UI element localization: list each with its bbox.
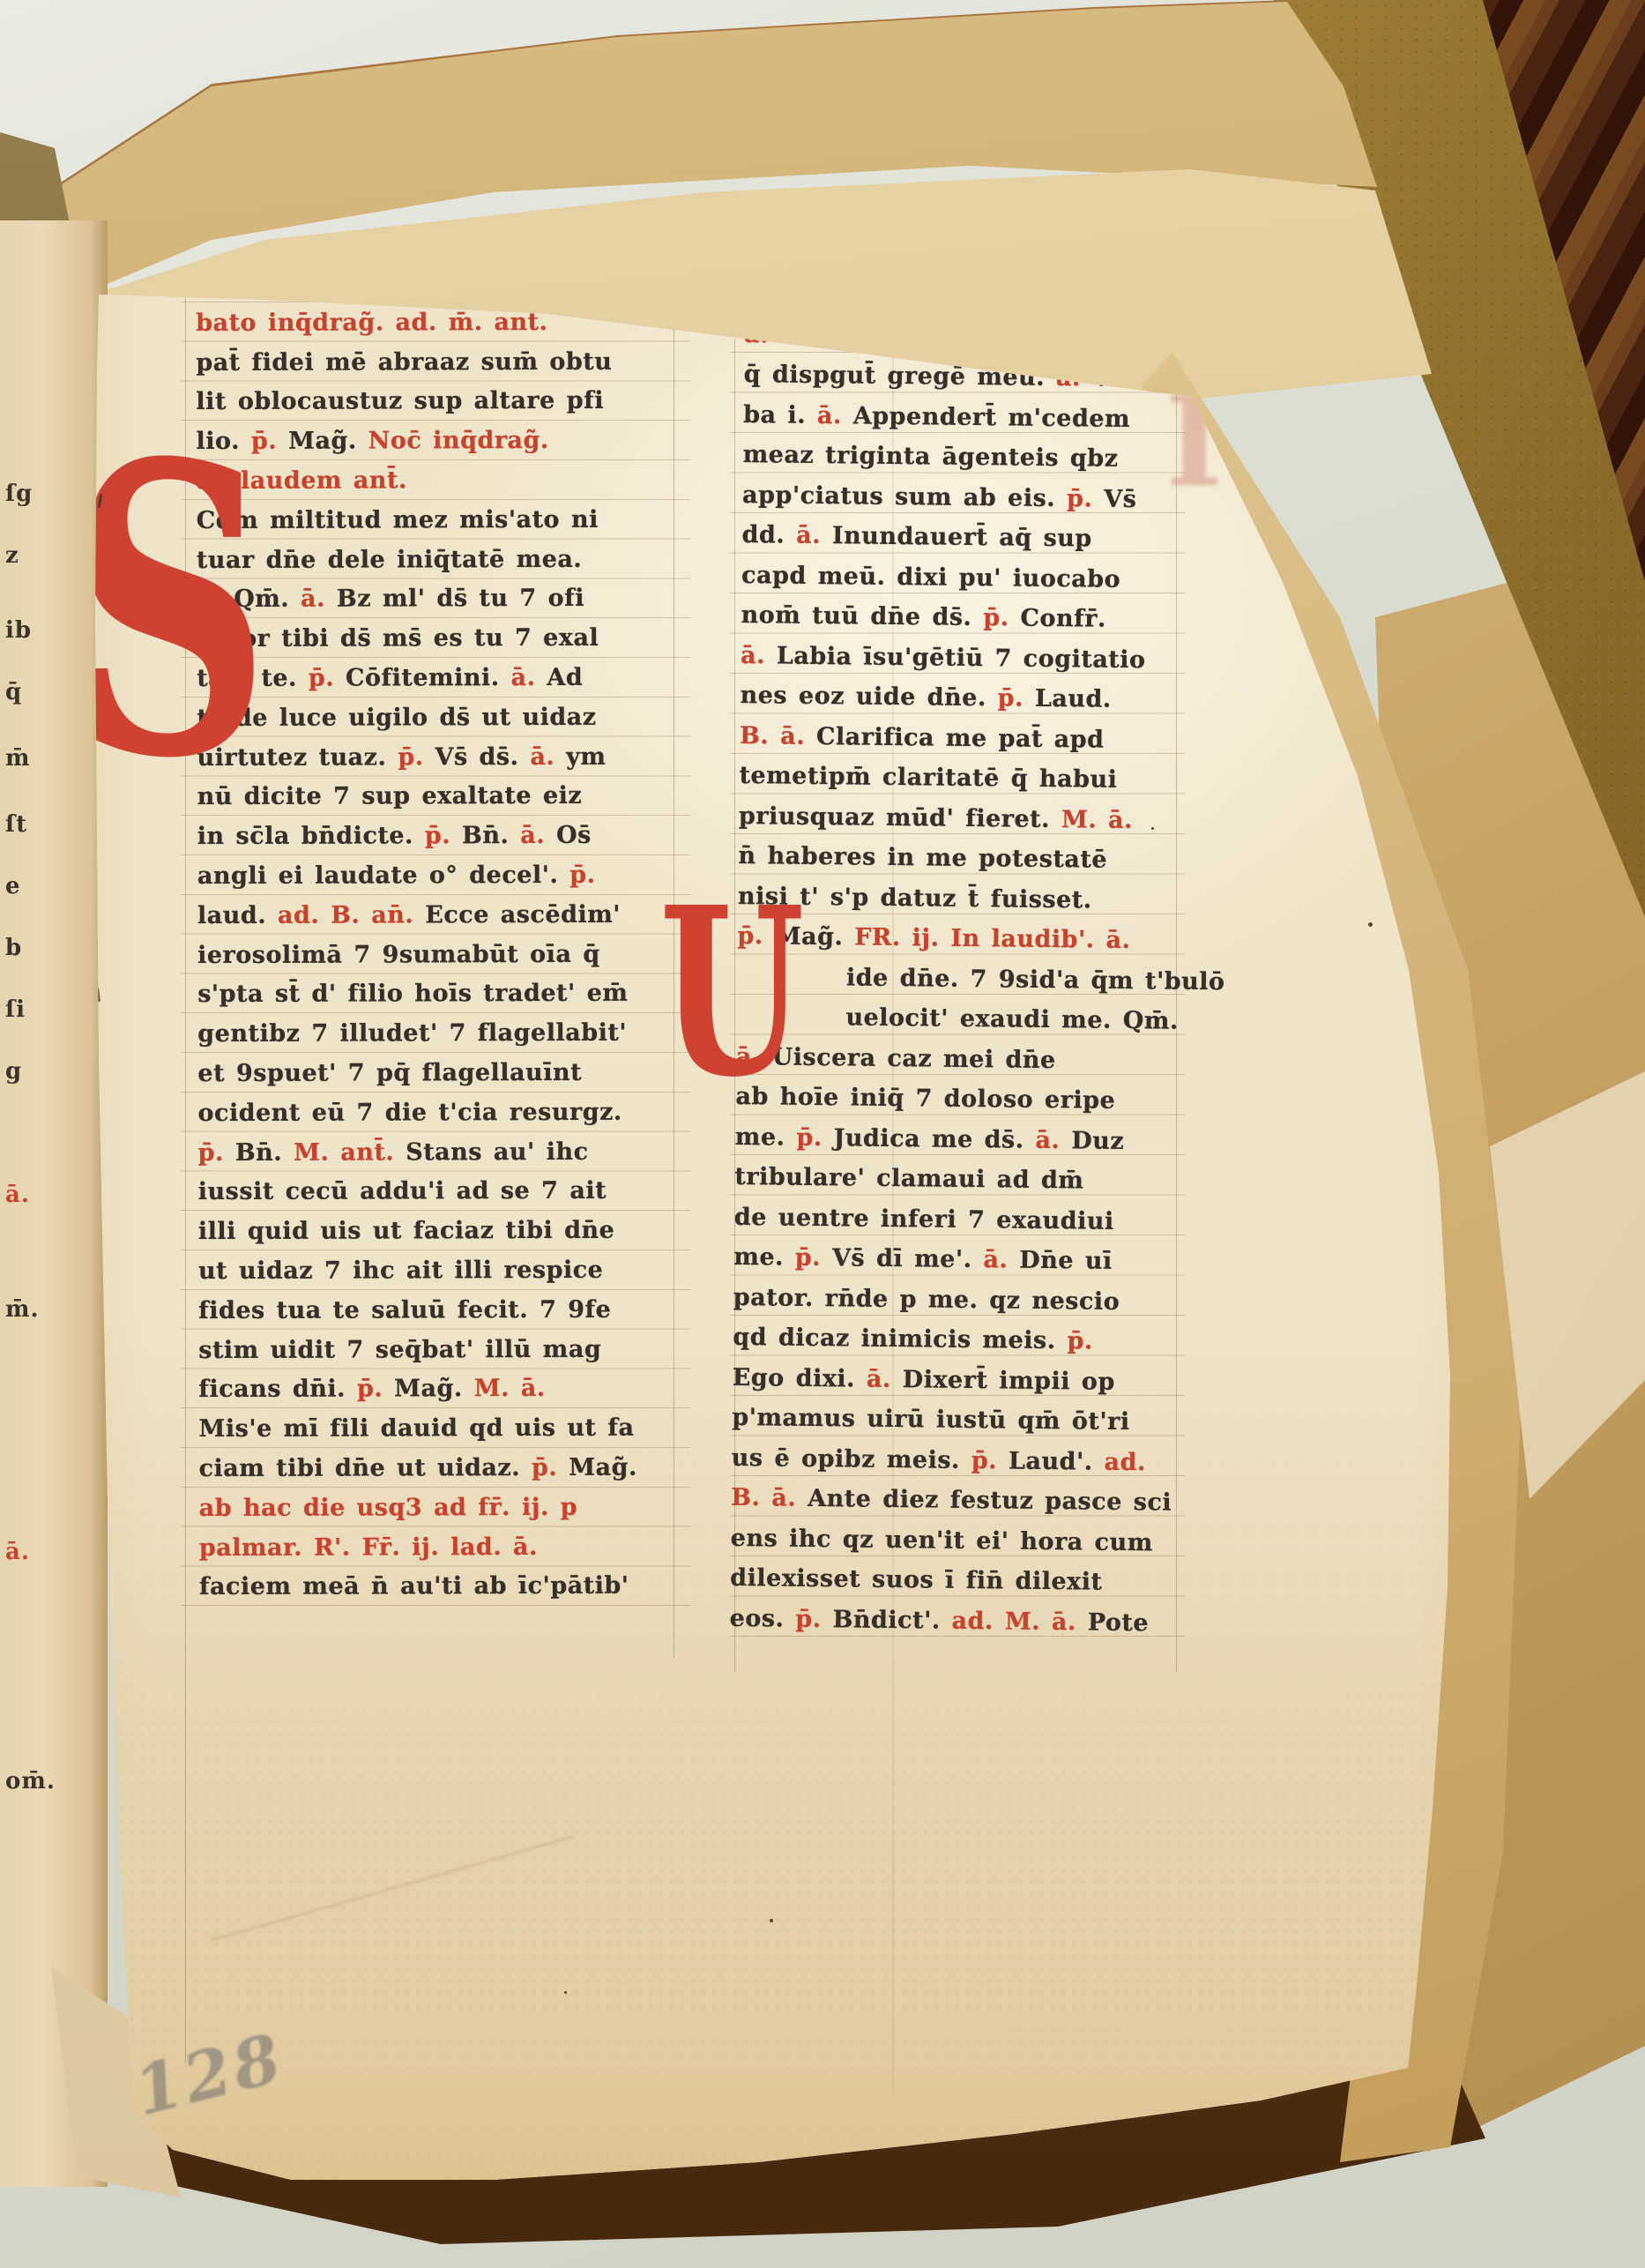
text-line: faciem meā n̄ au'ti ab īc'pātib' <box>199 1567 686 1608</box>
text-segment: ocident eū 7 die t'cia resurgz. <box>197 1098 622 1126</box>
text-line: nom̄ tuū dn̄e ds̄. p̄. Confr̄. <box>741 595 1188 640</box>
text-segment: eos. <box>730 1604 796 1632</box>
ink-speck <box>770 1919 773 1922</box>
text-segment: qd dicaz inimicis meis. <box>733 1324 1068 1354</box>
text-segment: nom̄ tuū dn̄e ds̄. <box>741 601 983 631</box>
text-segment: laud. <box>197 902 278 929</box>
text-line: ut uidaz 7 ihc ait illi respice <box>198 1250 685 1291</box>
text-line: nes eoz uide dn̄e. p̄. Laud. <box>740 675 1187 720</box>
initial-S: S <box>69 413 270 811</box>
text-segment: ab hac die usq3 ad fr̄. ij. p <box>199 1494 578 1522</box>
text-line: priusquaz mūd' fieret. M. ā. <box>739 795 1187 840</box>
text-segment: p̄. <box>971 1447 1009 1474</box>
text-segment: Bn̄. <box>235 1138 294 1166</box>
text-line: B. ā. Ante diez festuz pasce sci <box>731 1478 1179 1523</box>
text-segment: Dn̄e uī <box>1019 1247 1113 1275</box>
text-segment: palmar. R'. Fr̄. ij. lad. ā. <box>199 1533 538 1561</box>
text-segment: Clarifica me pat̄ apd <box>816 722 1105 753</box>
text-segment: dd. <box>741 521 796 549</box>
text-segment: ad. M. ā. <box>951 1607 1087 1636</box>
text-segment: Inundauert̄ aq̄ sup <box>832 522 1092 552</box>
text-segment: ad. <box>1104 1448 1146 1476</box>
text-segment: ba i. <box>743 400 817 429</box>
text-segment: Cōfitemini. <box>346 664 511 691</box>
text-segment: p̄. <box>983 604 1021 631</box>
margin-fragment: e <box>5 873 21 899</box>
text-segment: ficans dn̄i. <box>198 1376 357 1403</box>
text-segment: Duz <box>1071 1127 1124 1155</box>
text-segment: Confr̄. <box>1020 605 1106 633</box>
text-segment: Laud. <box>1035 685 1112 713</box>
text-segment: ā. <box>511 664 547 691</box>
text-segment: pat̄ fidei mē abraaz sum̄ obtu <box>196 347 612 376</box>
text-segment: angli ei laudate o° decel'. <box>197 862 570 890</box>
text-segment: et 9spuet' 7 pq̄ flagellauīnt <box>197 1059 582 1087</box>
text-segment: Os̄ <box>556 822 592 849</box>
margin-fragment: g <box>5 1058 22 1085</box>
text-segment: temetipm̄ claritatē q̄ habui <box>739 762 1117 794</box>
text-segment: dilexisset suos ī fin̄ dilexit <box>730 1564 1103 1596</box>
text-segment: ā. <box>301 586 337 613</box>
text-segment: Ecce ascēdim' <box>425 900 621 929</box>
text-segment: M. ā. <box>1061 806 1133 834</box>
text-segment: Ad <box>547 664 583 691</box>
ink-speck <box>1368 922 1373 927</box>
text-segment: p'mamus uirū iustū qm̄ ōt'ri <box>732 1404 1130 1436</box>
text-segment: p̄. <box>532 1454 569 1481</box>
text-line: fides tua te saluū fecit. 7 9fe <box>198 1290 685 1331</box>
text-line: ab hac die usq3 ad fr̄. ij. p <box>199 1488 686 1528</box>
text-line: illi quid uis ut faciaz tibi dn̄e <box>198 1212 685 1252</box>
text-line: Mis'e mī fili dauid qd uis ut fa <box>198 1409 685 1450</box>
text-segment: p̄. <box>198 1138 235 1166</box>
text-segment: ā. <box>741 641 777 668</box>
text-line: ciam tibi dn̄e ut uidaz. p̄. Mag̃. <box>199 1448 686 1488</box>
margin-fragment: ib <box>5 617 32 644</box>
margin-fragment: b <box>5 935 22 961</box>
text-segment: uelocit' exaudi me. <box>845 1003 1123 1034</box>
text-line: ierosolimā 7 9sumabūt oīa q̄ <box>197 935 684 975</box>
text-line: qd dicaz inimicis meis. p̄. <box>733 1317 1180 1362</box>
text-segment: Ante diez festuz pasce sci <box>808 1485 1172 1517</box>
text-line: temetipm̄ claritatē q̄ habui <box>739 756 1187 801</box>
text-line: iussit cecū addu'i ad se 7 ait <box>198 1172 685 1212</box>
text-segment: ide dn̄e. 7 9sid'a q̄m t'bulō <box>846 964 1225 996</box>
text-segment: nes eoz uide dn̄e. <box>740 682 998 712</box>
previous-folio-strip: ſgzibq̄m̄ſtebſigā.m̄.ā.om̄. <box>0 220 108 2187</box>
text-segment: Vs̄ ds̄. <box>435 743 530 771</box>
text-line: ā. Labia īsu'gētiū 7 cogitatio <box>741 635 1188 680</box>
text-line: n̄ haberes in me potestatē <box>738 836 1186 881</box>
text-line: ba i. ā. Appendert̄ m'cedem <box>743 394 1191 439</box>
text-segment: Noc̄ inq̄drag̃. <box>368 427 549 455</box>
text-segment: me. <box>733 1243 795 1272</box>
text-segment: Judica me ds̄. <box>833 1124 1035 1154</box>
text-segment: de uentre inferi 7 exaudiui <box>734 1203 1114 1235</box>
ink-speck <box>1151 827 1154 830</box>
text-segment: ad. B. an̄. <box>278 901 425 929</box>
text-segment: ā. <box>796 522 832 549</box>
text-segment: faciem meā n̄ au'ti ab īc'pātib' <box>199 1572 629 1600</box>
text-segment: priusquaz mūd' fieret. <box>739 802 1061 832</box>
margin-fragment: ā. <box>5 1539 30 1565</box>
text-segment: fides tua te saluū fecit. 7 9fe <box>198 1295 611 1324</box>
text-segment: Bn̄dict'. <box>832 1606 951 1635</box>
text-line: app'ciatus sum ab eis. p̄. Vs̄ <box>742 474 1190 519</box>
text-line: ficans dn̄i. p̄. Mag̃. M. ā. <box>198 1369 685 1410</box>
text-line: B. ā. Clarifica me pat̄ apd <box>740 715 1187 760</box>
text-segment: Appendert̄ m'cedem <box>853 402 1131 433</box>
text-line: p'mamus uirū iustū qm̄ ōt'ri <box>732 1398 1180 1443</box>
text-segment: ens ihc qz uen'it ei' hora cum <box>731 1524 1153 1556</box>
text-segment: us ē opibz meis. <box>732 1444 971 1473</box>
text-line: us ē opibz meis. p̄. Laud'. ad. <box>732 1437 1180 1482</box>
text-segment: ierosolimā 7 9sumabūt oīa q̄ <box>197 940 600 968</box>
text-line: ens ihc qz uen'it ei' hora cum <box>730 1518 1178 1563</box>
text-segment: Mag̃. <box>569 1454 637 1481</box>
text-segment: stim uidit 7 seq̄bat' illū mag <box>198 1335 601 1363</box>
text-line: pator. rn̄de p me. qz nescio <box>733 1277 1181 1322</box>
text-segment: tribulare' clamaui ad dm̄ <box>734 1163 1083 1194</box>
margin-fragment: ſg <box>5 481 33 507</box>
text-segment: p̄. <box>795 1244 833 1272</box>
text-segment: pator. rn̄de p me. qz nescio <box>733 1283 1120 1315</box>
text-line: dd. ā. Inundauert̄ aq̄ sup <box>741 515 1189 560</box>
margin-fragment: m̄. <box>5 1296 40 1323</box>
text-segment: capd meū. dixi pu' iuocabo <box>741 561 1120 593</box>
text-line: meaz triginta āgenteis qbz <box>742 435 1190 480</box>
text-line: capd meū. dixi pu' iuocabo <box>741 555 1189 600</box>
text-segment: ut uidaz 7 ihc ait illi respice <box>198 1257 603 1285</box>
text-segment: s'pta st̄ d' filio hoīs tradet' em̄ <box>197 980 628 1008</box>
text-segment: ym <box>566 742 606 770</box>
text-segment: B. ā. <box>731 1484 808 1512</box>
margin-fragment: m̄ <box>5 745 31 772</box>
text-line: et 9spuet' 7 pq̄ flagellauīnt <box>197 1053 684 1093</box>
text-segment: p̄. <box>425 822 462 849</box>
text-segment: app'ciatus sum ab eis. <box>742 481 1067 511</box>
text-segment: p̄. <box>357 1376 394 1403</box>
text-segment: Mag̃. <box>394 1375 474 1402</box>
margin-fragment: q̄ <box>5 679 22 705</box>
text-segment: ā. <box>1035 1126 1071 1153</box>
text-segment: ā. <box>817 401 853 429</box>
text-segment: meaz triginta āgenteis qbz <box>743 441 1119 473</box>
text-line: nisi t' s'p datuz t̄ fuisset. <box>738 876 1186 921</box>
text-segment: Bn̄. <box>462 822 520 849</box>
text-segment: Pote <box>1088 1608 1150 1637</box>
margin-fragment: om̄. <box>5 1768 56 1794</box>
text-segment: p̄. <box>1067 485 1105 512</box>
text-line: Ego dixi. ā. Dixert̄ impii op <box>733 1357 1180 1402</box>
text-segment: Labia īsu'gētiū 7 cogitatio <box>777 642 1146 674</box>
text-segment: bato inq̄drag̃. ad. m̄. ant̄. <box>196 309 547 337</box>
text-segment: Vs̄ <box>1104 485 1137 512</box>
text-line: stim uidit 7 seq̄bat' illū mag <box>198 1330 685 1370</box>
text-line: in sc̄la bn̄dicte. p̄. Bn̄. ā. Os̄ <box>197 817 684 857</box>
text-segment: M. ant̄. <box>294 1138 406 1166</box>
text-segment: Uiscera caz mei dn̄e <box>772 1043 1056 1074</box>
text-segment: Laud'. <box>1009 1447 1105 1475</box>
text-segment: ā. <box>520 822 556 849</box>
text-segment: Dixert̄ impii op <box>903 1366 1115 1396</box>
text-line: tribulare' clamaui ad dm̄ <box>734 1157 1182 1202</box>
margin-fragment: ā. <box>5 1182 30 1208</box>
text-line: eos. p̄. Bn̄dict'. ad. M. ā. Pote <box>729 1598 1177 1643</box>
text-line: p̄. Bn̄. M. ant̄. Stans au' ihc <box>198 1132 685 1173</box>
text-segment: Bz ml' ds̄ tu 7 ofi <box>337 585 584 613</box>
margin-fragment: z <box>5 542 19 569</box>
text-segment: Vs̄ dī me'. <box>832 1244 984 1273</box>
text-segment: Mag̃. <box>288 428 368 455</box>
text-segment: ā. <box>867 1365 903 1392</box>
text-segment: gentibz 7 illudet' 7 flagellabit' <box>197 1019 627 1048</box>
text-line: laud. ad. B. an̄. Ecce ascēdim' <box>197 895 684 936</box>
margin-fragment: ſi <box>5 996 26 1023</box>
text-segment: M. ā. <box>474 1375 546 1402</box>
text-segment: iussit cecū addu'i ad se 7 ait <box>198 1177 607 1205</box>
text-segment: ciam tibi dn̄e ut uidaz. <box>199 1454 532 1482</box>
text-line: de uentre inferi 7 exaudiui <box>734 1197 1182 1242</box>
text-segment: p̄. <box>795 1605 833 1632</box>
text-segment: p̄. <box>1067 1327 1093 1354</box>
manuscript-photo: ſgzibq̄m̄ſtebſigā.m̄.ā.om̄. fructuz affe… <box>0 0 1645 2268</box>
ink-speck <box>564 1991 567 1994</box>
text-segment: B. ā. <box>740 721 816 750</box>
text-segment: p̄. <box>398 743 435 771</box>
text-line: dilexisset suos ī fin̄ dilexit <box>730 1558 1178 1603</box>
text-line: ocident eū 7 die t'cia resurgz. <box>197 1093 684 1133</box>
text-segment: FR. ij. In laudib'. ā. <box>854 923 1131 954</box>
text-line: angli ei laudate o° decel'. p̄. <box>197 856 684 897</box>
text-segment: Mis'e mī fili dauid qd uis ut fa <box>198 1414 634 1443</box>
text-line: gentibz 7 illudet' 7 flagellabit' <box>197 1014 684 1055</box>
text-segment: p̄. <box>569 862 595 889</box>
text-segment: p̄. <box>309 665 346 692</box>
text-segment: Ego dixi. <box>733 1363 867 1392</box>
text-line: palmar. R'. Fr̄. ij. lad. ā. <box>199 1527 686 1568</box>
text-segment: illi quid uis ut faciaz tibi dn̄e <box>198 1217 615 1245</box>
text-segment: Stans au' ihc <box>406 1138 588 1166</box>
text-line: me. p̄. Vs̄ dī me'. ā. Dn̄e uī <box>733 1237 1181 1282</box>
initial-U: U <box>659 877 805 1108</box>
text-segment: ā. <box>530 742 566 770</box>
text-segment: p̄. <box>998 684 1036 712</box>
margin-fragment: ſt <box>5 811 27 838</box>
text-line: s'pta st̄ d' filio hoīs tradet' em̄ <box>197 974 684 1015</box>
text-segment: Qm̄. <box>1123 1007 1179 1035</box>
text-segment: ā. <box>983 1246 1019 1273</box>
